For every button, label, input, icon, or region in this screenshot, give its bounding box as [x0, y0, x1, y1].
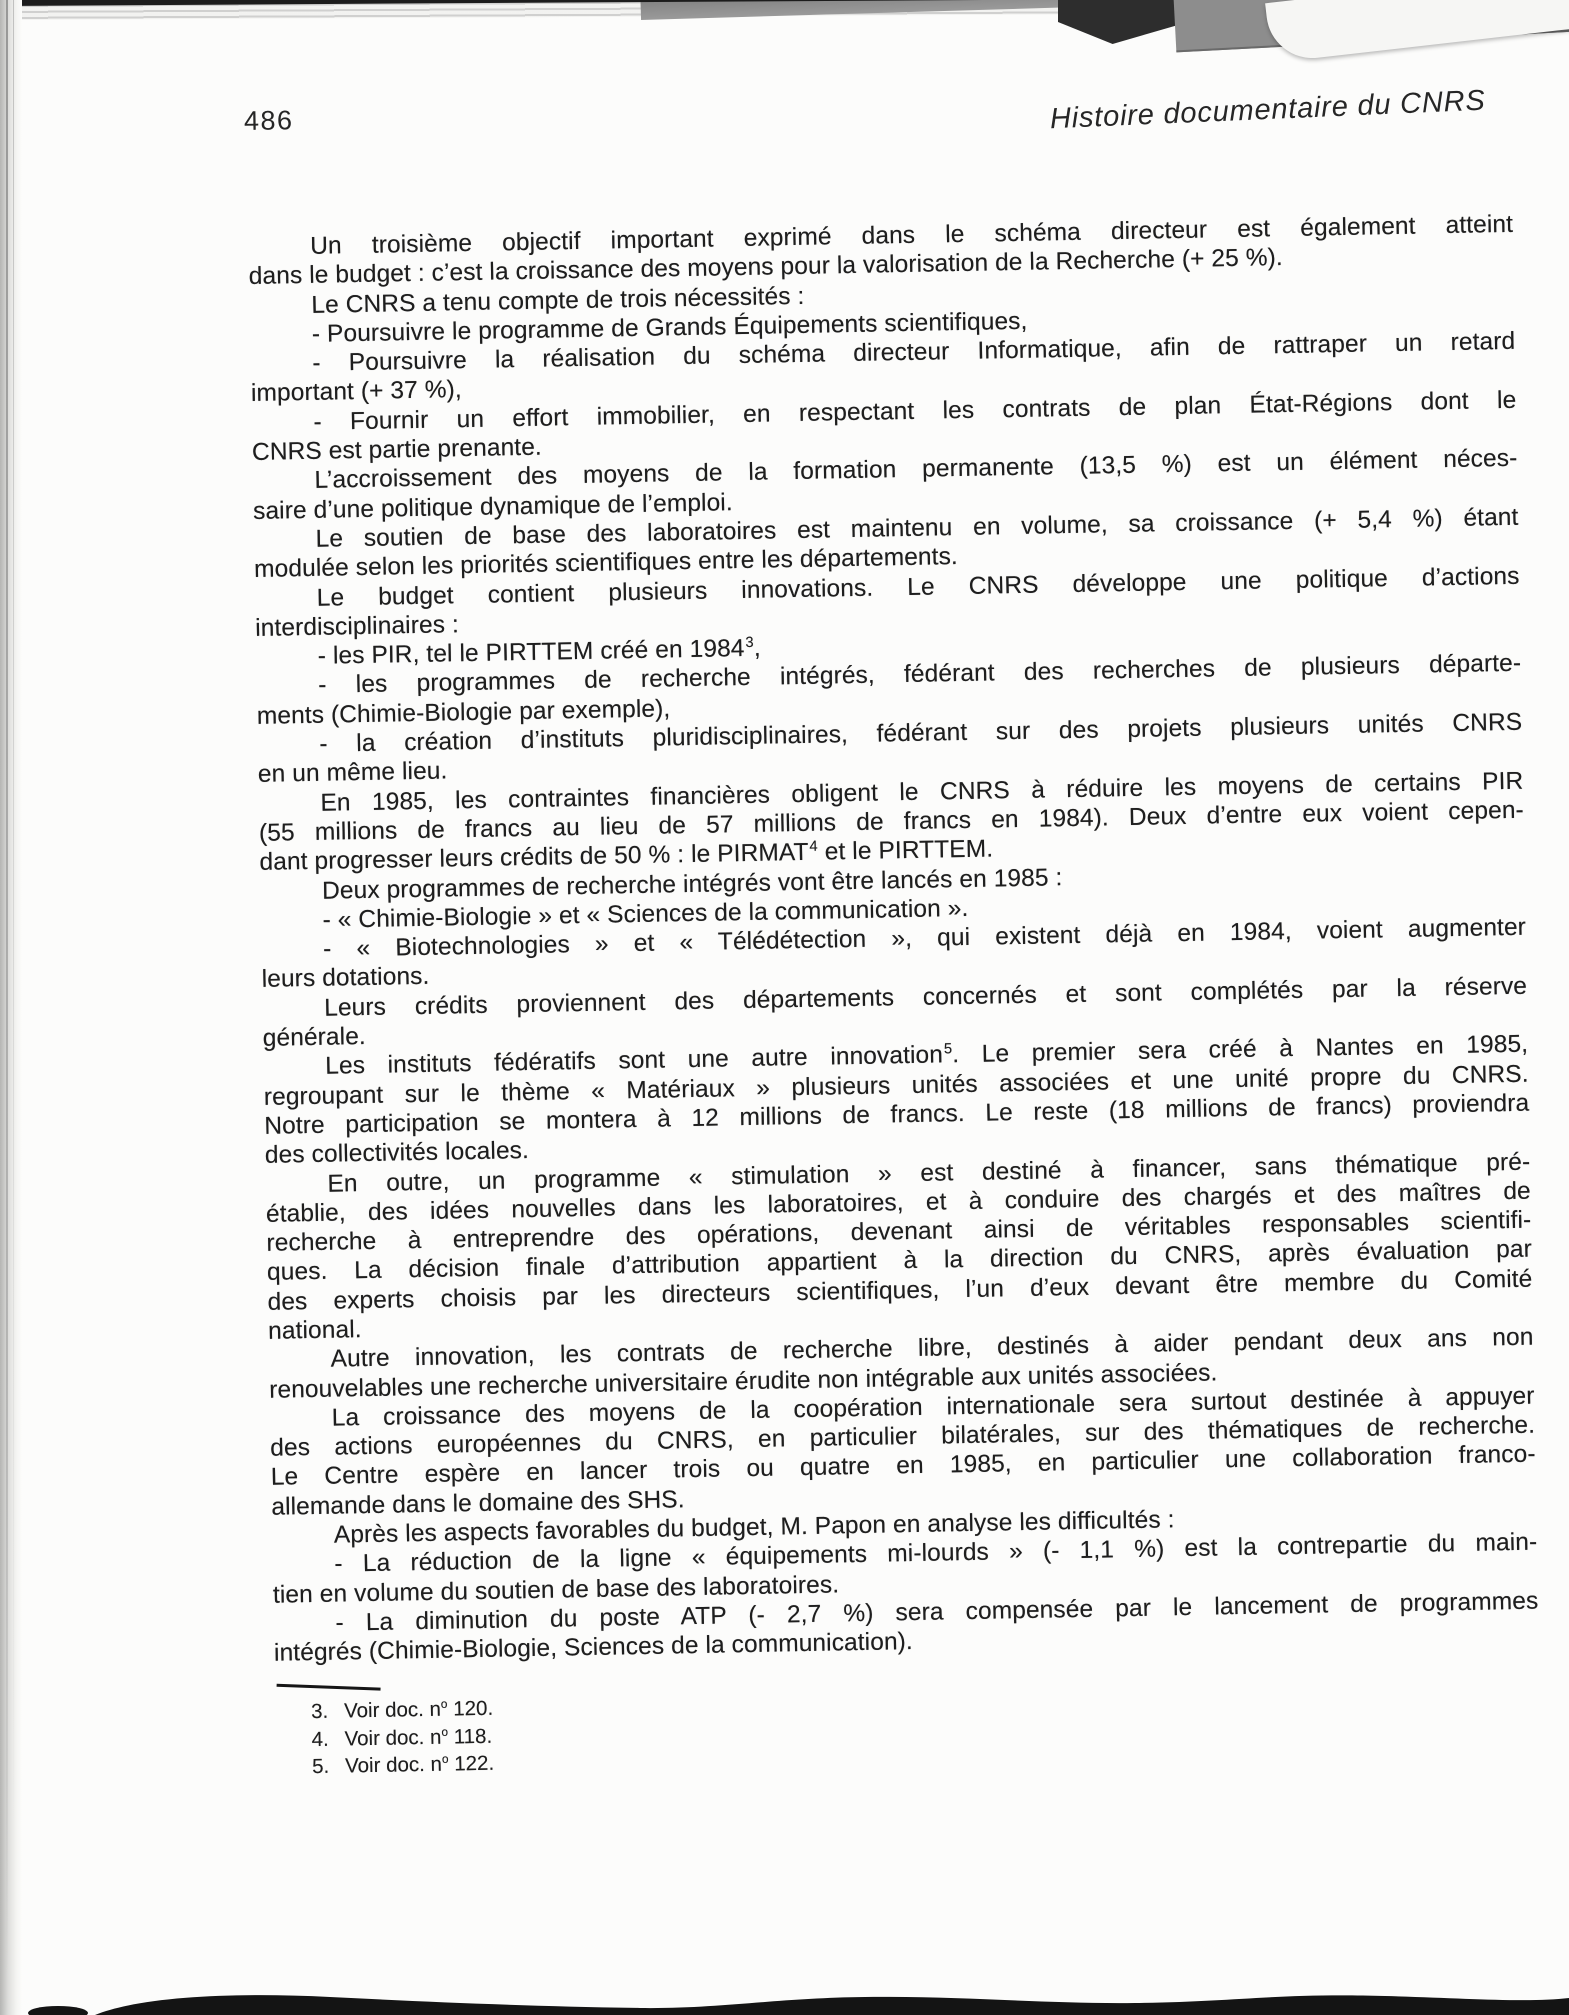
page-content: 486 Histoire documentaire du CNRS Un tro…	[0, 0, 1569, 2015]
footnote-text: Voir doc. no 118.	[344, 1724, 492, 1750]
footnote-number: 3.	[311, 1697, 345, 1725]
footnote-text: Voir doc. no 120.	[344, 1697, 493, 1723]
footnote-rule	[277, 1684, 381, 1691]
footnote-number: 4.	[311, 1725, 345, 1753]
footnotes: 3.Voir doc. no 120.4.Voir doc. no 118.5.…	[311, 1695, 495, 1781]
footnote-item: 4.Voir doc. no 118.	[311, 1722, 494, 1753]
body-text: Un troisième objectif important exprimé …	[248, 210, 1539, 1668]
scanned-book-page: 486 Histoire documentaire du CNRS Un tro…	[0, 0, 1569, 2015]
footnote-text: Voir doc. no 122.	[345, 1752, 494, 1778]
running-header: Histoire documentaire du CNRS	[1049, 85, 1486, 136]
footnote-item: 5.Voir doc. no 122.	[312, 1750, 495, 1781]
page-number: 486	[244, 105, 294, 136]
footnote-number: 5.	[312, 1753, 346, 1781]
footnote-item: 3.Voir doc. no 120.	[311, 1695, 494, 1726]
